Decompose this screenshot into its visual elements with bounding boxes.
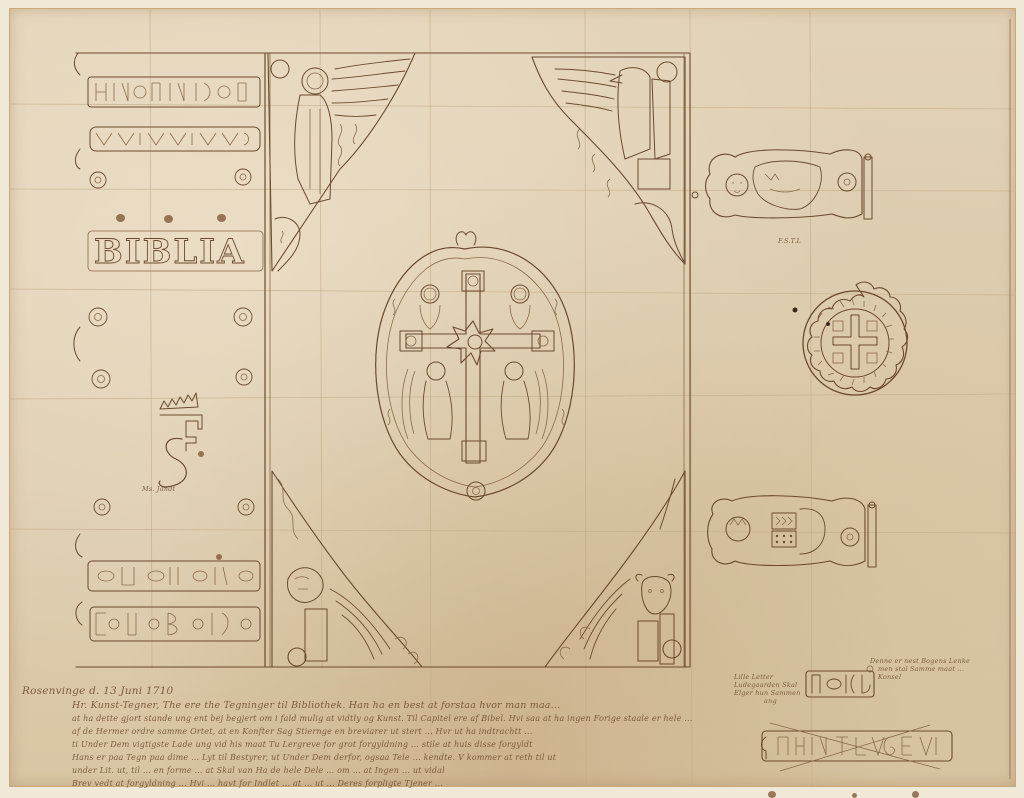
note-line: Konsel xyxy=(870,673,970,681)
drawing-line-art: BIBLIA xyxy=(10,9,1015,786)
letter-line-6: under Lit. ut, til ... en forme ... at S… xyxy=(72,764,445,777)
date-line: Rosenvinge d. 13 Juni 1710 xyxy=(22,685,173,698)
note-line: men stal Samme maat ... xyxy=(870,665,970,673)
note-line: Lille Letter xyxy=(734,673,801,681)
letter-line-2: at ha dette gjort stande ung ent bej beg… xyxy=(72,712,693,725)
letter-line-1: Hr. Kunst-Tegner, The ere the Tegninger … xyxy=(72,699,560,712)
crowned-monogram xyxy=(159,393,202,487)
letter-line-4: ti Under Dem vigtigste Lade ung vid his … xyxy=(72,738,533,751)
stain-spot xyxy=(216,554,222,560)
note-line: Denne er nest Bogens Lenke xyxy=(870,657,970,665)
small-band-note-right: Denne er nest Bogens Lenke men stal Samm… xyxy=(870,657,970,681)
biblia-lettering: BIBLIA xyxy=(88,231,263,272)
round-seal-medallion xyxy=(793,282,908,395)
monogram-note: Ms. Jandt xyxy=(142,485,175,493)
spine-panel: BIBLIA xyxy=(74,53,265,667)
note-line: Elger hun Sammen xyxy=(734,689,801,697)
small-band-note-left: Lille Letter Ludegaarden Skal Elger hun … xyxy=(734,673,801,705)
lion-corner-bottom-left xyxy=(272,471,422,667)
clasp-bottom xyxy=(708,496,876,567)
letter-line-3: af de Hermer ordre samme Ortet, at en Ko… xyxy=(72,725,532,738)
small-lettering-band xyxy=(806,666,874,697)
drawing-sheet: BIBLIA xyxy=(9,8,1016,787)
note-line: Ludegaarden Skal xyxy=(734,681,801,689)
stain-spot xyxy=(198,451,204,457)
fold-lines xyxy=(10,9,1015,786)
stain-spot xyxy=(116,214,125,222)
eagle-corner-top-right xyxy=(532,57,698,264)
stain-spot xyxy=(217,214,226,222)
ox-corner-bottom-right xyxy=(545,471,685,667)
cover-panel xyxy=(265,53,690,667)
stain-spot xyxy=(852,793,857,798)
large-lettering-band-crossed xyxy=(762,723,953,771)
note-line: ang xyxy=(734,697,801,705)
center-medallion xyxy=(376,232,575,500)
stain-spot xyxy=(912,791,919,798)
angel-corner-top-left xyxy=(268,53,415,271)
clasp-top xyxy=(706,150,873,219)
stain-spot xyxy=(768,791,776,798)
letter-line-5: Hans er paa Tegn paa dime ... Lyt til Be… xyxy=(72,751,556,764)
svg-text:BIBLIA: BIBLIA xyxy=(94,232,246,272)
stain-spot xyxy=(164,215,173,223)
clasp-note: F.S.T.L xyxy=(778,237,801,245)
letter-line-7: Brev vedt at forgyldning ... Hvi ... hav… xyxy=(72,777,443,790)
